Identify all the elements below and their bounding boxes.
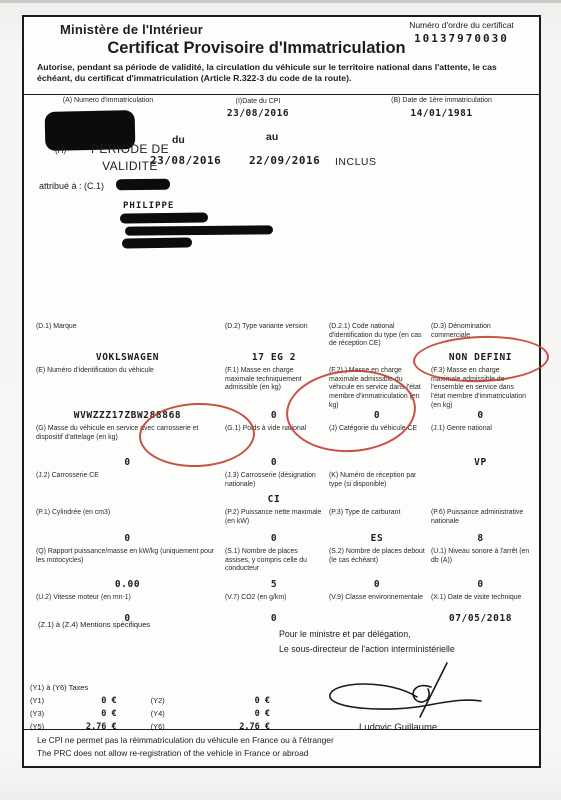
redacted-attributed-name: [116, 179, 170, 191]
field-value: [36, 505, 219, 506]
field-b-value: 14/01/1981: [354, 108, 529, 119]
field-value: 0: [36, 533, 219, 545]
document-title: Certificat Provisoire d'Immatriculation: [24, 39, 489, 58]
tax-value: 0 €: [183, 696, 270, 706]
field-label: (X.1) Date de visite technique: [431, 594, 530, 603]
field-label: (V.9) Classe environnementale: [329, 594, 425, 603]
tax-code: (Y1): [30, 696, 63, 705]
field-label: (D.2.1) Code national d'identification d…: [329, 323, 425, 349]
field-cell: (V.7) CO2 (en g/km)0: [224, 593, 328, 627]
header-divider: [24, 94, 539, 95]
field-cell: (P.6) Puissance administrative nationale…: [430, 508, 535, 547]
field-label: (P.3) Type de carburant: [329, 509, 425, 518]
field-value: 0: [225, 457, 323, 469]
ministry-title: Ministère de l'Intérieur: [60, 22, 203, 37]
tax-row: (Y3)0 €(Y4)0 €: [30, 707, 270, 720]
validity-from-label: du: [172, 134, 185, 146]
field-value: CI: [225, 494, 323, 506]
field-value: 0: [225, 613, 323, 625]
validity-to-date: 22/09/2016: [249, 154, 320, 167]
field-cell: (S.2) Nombre de places debout (le cas éc…: [328, 547, 430, 593]
field-label: (S.2) Nombre de places debout (le cas éc…: [329, 548, 425, 565]
field-label: (P.1) Cylindrée (en cm3): [36, 509, 219, 518]
field-value: 5: [225, 579, 323, 591]
field-label: (D.2) Type variante version: [225, 323, 323, 332]
footer-note: Le CPI ne permet pas la réimmatriculatio…: [37, 734, 527, 760]
tax-value: 2.76 €: [63, 722, 117, 732]
field-value: 0.00: [36, 579, 219, 591]
redacted-holder-line-1: [120, 212, 208, 223]
certificate-document: Ministère de l'Intérieur Numéro d'ordre …: [22, 15, 541, 768]
field-label: (P.6) Puissance administrative nationale: [431, 509, 530, 526]
validity-to-label: au: [266, 131, 278, 143]
taxes-label: (Y1) à (Y6) Taxes: [30, 683, 270, 692]
field-value: [329, 363, 425, 364]
footer-divider: [24, 729, 539, 730]
field-value: 07/05/2018: [431, 613, 530, 625]
tax-row: (Y5)2.76 €(Y6)2.76 €: [30, 720, 270, 733]
field-label: (J.1) Genre national: [431, 425, 530, 434]
footer-note-french: Le CPI ne permet pas la réimmatriculatio…: [37, 734, 527, 747]
field-value: [431, 505, 530, 506]
tax-row: (Y1)0 €(Y2)0 €: [30, 694, 270, 707]
signature-block: Pour le ministre et par délégation, Le s…: [279, 627, 534, 733]
field-value: 0: [431, 410, 530, 422]
field-value: 17 EG 2: [225, 352, 323, 364]
footer-note-english: The PRC does not allow re-registration o…: [37, 747, 527, 760]
field-value: 0: [225, 533, 323, 545]
tax-code: (Y4): [151, 709, 184, 718]
field-label: (U.1) Niveau sonore à l'arrêt (en db (A)…: [431, 548, 530, 565]
field-cell: (J.1) Genre nationalVP: [430, 424, 535, 471]
field-cell: (K) Numéro de réception par type (si dis…: [328, 471, 430, 508]
field-i-label: (I)Date du CPI: [192, 98, 324, 107]
field-cell: (V.9) Classe environnementale: [328, 593, 430, 627]
signatory-name: Ludovic Guillaume: [359, 722, 534, 733]
field-label: (V.7) CO2 (en g/km): [225, 594, 323, 603]
field-label: (Q) Rapport puissance/masse en kW/kg (un…: [36, 548, 219, 565]
tax-code: (Y3): [30, 709, 63, 718]
field-label: (J.3) Carrosserie (désignation nationale…: [225, 472, 323, 489]
field-label: (E) Numéro d'identification du véhicule: [36, 367, 219, 376]
redacted-holder-line-3: [122, 237, 192, 248]
field-cell: (P.1) Cylindrée (en cm3)0: [35, 508, 224, 547]
specific-mentions-label: (Z.1) à (Z.4) Mentions spécifiques: [38, 620, 150, 629]
field-h-code: (H): [55, 146, 66, 155]
field-cell: (P.2) Puissance nette maximale (en kW)0: [224, 508, 328, 547]
validity-inclusive-label: INCLUS: [335, 156, 377, 168]
field-label: (P.2) Puissance nette maximale (en kW): [225, 509, 323, 526]
field-cell: (P.3) Type de carburantES: [328, 508, 430, 547]
field-cell: (D.1) MarqueVOKLSWAGEN: [35, 322, 224, 366]
field-b-label: (B) Date de 1ère immatriculation: [354, 97, 529, 106]
field-a-label: (A) Numero d'immatriculation: [52, 97, 164, 106]
field-cell: (J.2) Carrosserie CE: [35, 471, 224, 508]
holder-first-name: PHILIPPE: [123, 201, 174, 211]
field-value: 0: [431, 579, 530, 591]
redacted-holder-line-2: [125, 225, 273, 235]
taxes-rows: (Y1)0 €(Y2)0 €(Y3)0 €(Y4)0 €(Y5)2.76 €(Y…: [30, 694, 270, 733]
field-value: ES: [329, 533, 425, 545]
field-cell: (S.1) Nombre de places assises, y compri…: [224, 547, 328, 593]
attributed-to-label: attribué à : (C.1): [39, 181, 104, 191]
field-cell: [430, 471, 535, 508]
tax-value: 2.76 €: [183, 722, 270, 732]
field-label: (U.2) Vitesse moteur (en mn-1): [36, 594, 219, 603]
tax-value: 0 €: [63, 696, 117, 706]
field-cell: (U.1) Niveau sonore à l'arrêt (en db (A)…: [430, 547, 535, 593]
field-label: (J.2) Carrosserie CE: [36, 472, 219, 481]
field-value: 0: [329, 579, 425, 591]
field-value: [329, 624, 425, 625]
field-value: [329, 505, 425, 506]
field-label: (K) Numéro de réception par type (si dis…: [329, 472, 425, 489]
field-label: (S.1) Nombre de places assises, y compri…: [225, 548, 323, 574]
field-value: VP: [431, 457, 530, 469]
field-cell: (X.1) Date de visite technique07/05/2018: [430, 593, 535, 627]
order-number-label: Numéro d'ordre du certificat: [379, 20, 544, 30]
field-value: [329, 468, 425, 469]
field-cell: (D.2) Type variante version17 EG 2: [224, 322, 328, 366]
handwritten-signature-icon: [317, 659, 492, 721]
field-value: 8: [431, 533, 530, 545]
field-value: VOKLSWAGEN: [36, 352, 219, 364]
signature-delegation-line-1: Pour le ministre et par délégation,: [279, 627, 534, 642]
validity-from-date: 23/08/2016: [150, 154, 221, 167]
tax-value: 0 €: [63, 709, 117, 719]
tax-code: (Y2): [151, 696, 184, 705]
document-subtitle: Autorise, pendant sa période de validité…: [37, 62, 531, 85]
scanned-certificate-page: Ministère de l'Intérieur Numéro d'ordre …: [0, 0, 561, 800]
field-label: (D.1) Marque: [36, 323, 219, 332]
taxes-section: (Y1) à (Y6) Taxes (Y1)0 €(Y2)0 €(Y3)0 €(…: [30, 683, 270, 733]
field-cell: (J.3) Carrosserie (désignation nationale…: [224, 471, 328, 508]
signature-delegation-line-2: Le sous-directeur de l'action interminis…: [279, 642, 534, 657]
tax-value: 0 €: [183, 709, 270, 719]
field-cell: (Q) Rapport puissance/masse en kW/kg (un…: [35, 547, 224, 593]
field-i-value: 23/08/2016: [192, 108, 324, 119]
